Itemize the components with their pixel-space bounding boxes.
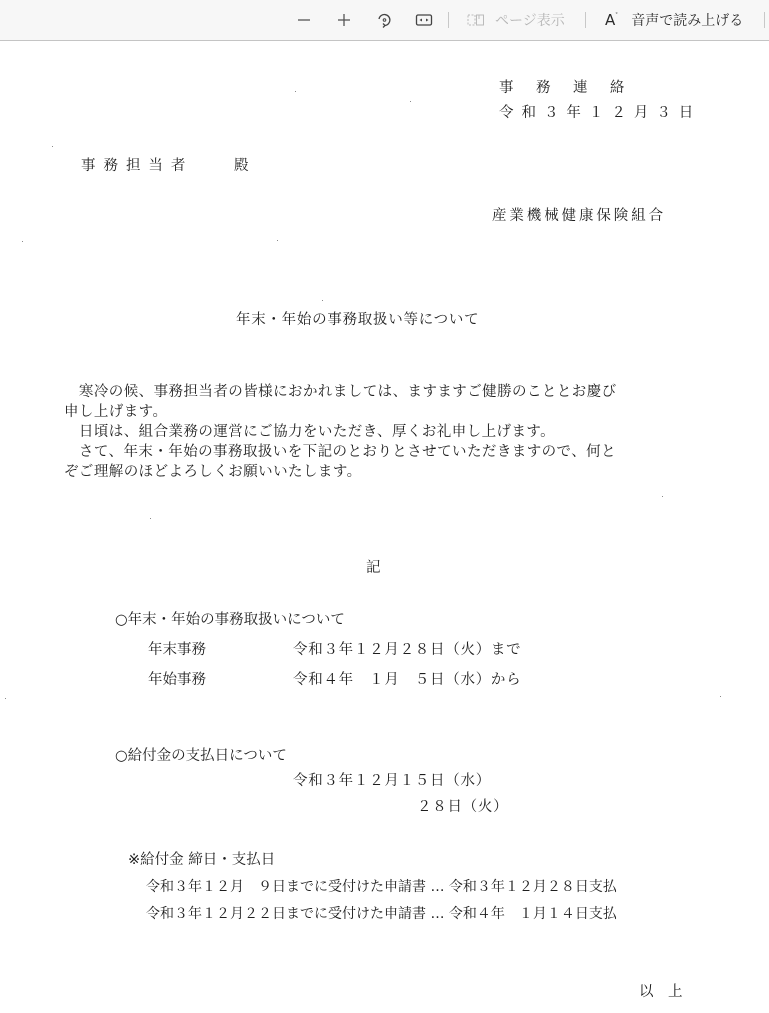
rotate-icon <box>375 11 393 29</box>
ki-marker: 記 <box>366 558 381 578</box>
pdf-toolbar: ページ表示 Aﾞ 音声で読み上げる <box>0 0 769 41</box>
page-view-label: ページ表示 <box>495 10 565 30</box>
body-line: 日頃は、組合業務の運営にご協力をいただき、厚くお礼申し上げます。 <box>64 422 555 442</box>
pdf-page: 事務連絡 令和３年１２月３日 事務担当者 殿 産業機械健康保険組合 年末・年始の… <box>0 41 769 1013</box>
scan-speck <box>150 518 151 519</box>
payment-date: 令和３年１２月１５日（水） <box>293 771 491 791</box>
toolbar-divider <box>448 12 449 28</box>
payment-date: ２８日（火） <box>417 797 508 817</box>
read-aloud-icon: Aﾞ <box>605 11 619 29</box>
rotate-button[interactable] <box>374 0 394 40</box>
read-aloud-button[interactable]: Aﾞ 音声で読み上げる <box>605 0 743 40</box>
scan-speck <box>662 496 663 497</box>
scan-speck <box>5 698 6 699</box>
body-line: ぞご理解のほどよろしくお願いいたします。 <box>64 462 362 482</box>
minus-icon <box>296 12 312 28</box>
document-subject: 年末・年始の事務取扱い等について <box>236 310 479 330</box>
body-line: さて、年末・年始の事務取扱いを下記のとおりとさせていただきますので、何と <box>64 442 616 462</box>
sender-organization: 産業機械健康保険組合 <box>492 206 666 226</box>
scan-speck <box>410 101 411 102</box>
closing-mark: 以 上 <box>639 982 683 1002</box>
section-heading: ○給付金の支払日について <box>115 746 287 766</box>
zoom-out-button[interactable] <box>294 0 314 40</box>
zoom-in-button[interactable] <box>334 0 354 40</box>
note-line: 令和３年１２月 ９日までに受付けた申請書 … 令和３年１２月２８日支払 <box>146 877 617 897</box>
note-line: 令和３年１２月２２日までに受付けた申請書 … 令和４年 １月１４日支払 <box>146 904 617 924</box>
fit-width-button[interactable] <box>414 0 434 40</box>
scan-speck <box>277 240 278 241</box>
row-label: 年末事務 <box>148 640 206 660</box>
scan-speck <box>720 696 721 697</box>
body-line: 申し上げます。 <box>64 402 167 422</box>
body-line: 寒冷の候、事務担当者の皆様におかれましては、ますますご健勝のこととお慶び <box>64 382 617 402</box>
scan-speck <box>295 91 296 92</box>
addressee: 事務担当者 <box>81 156 193 176</box>
scan-speck <box>22 241 23 242</box>
fit-width-icon <box>415 13 433 27</box>
section-heading: ○年末・年始の事務取扱いについて <box>115 610 345 630</box>
scan-speck <box>322 300 323 301</box>
row-value: 令和４年 １月 ５日（水）から <box>293 670 521 690</box>
row-label: 年始事務 <box>148 670 206 690</box>
scan-speck <box>52 146 53 147</box>
note-heading: ※給付金 締日・支払日 <box>128 850 275 870</box>
honorific: 殿 <box>234 156 249 176</box>
read-aloud-label: 音声で読み上げる <box>631 10 743 30</box>
page-view-icon <box>467 13 485 27</box>
page-view-button[interactable]: ページ表示 <box>467 0 565 40</box>
header-title: 事務連絡 <box>499 78 647 98</box>
row-value: 令和３年１２月２８日（火）まで <box>293 640 521 660</box>
plus-icon <box>336 12 352 28</box>
document-date: 令和３年１２月３日 <box>499 103 701 123</box>
toolbar-divider <box>764 12 765 28</box>
toolbar-divider <box>585 12 586 28</box>
